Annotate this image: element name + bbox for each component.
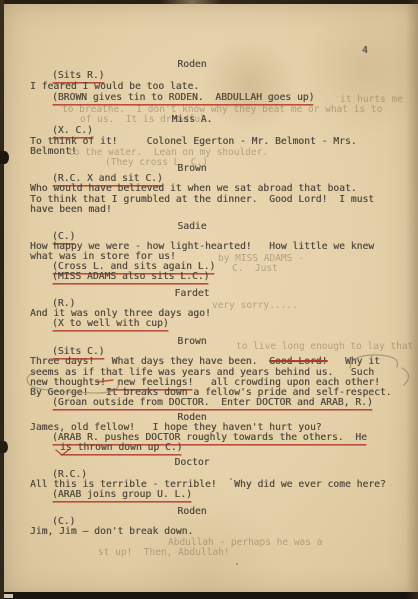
red-check-mark [56, 449, 70, 455]
pencil-circle-other [402, 368, 409, 385]
red-insertion-dash [97, 380, 113, 382]
scanned-script-page: it hurts me to breathe. I don't know why… [0, 0, 418, 599]
handwritten-annotation-marks [0, 0, 418, 599]
pencil-circle-such [350, 355, 398, 368]
pencil-circle-by-george [27, 371, 118, 393]
